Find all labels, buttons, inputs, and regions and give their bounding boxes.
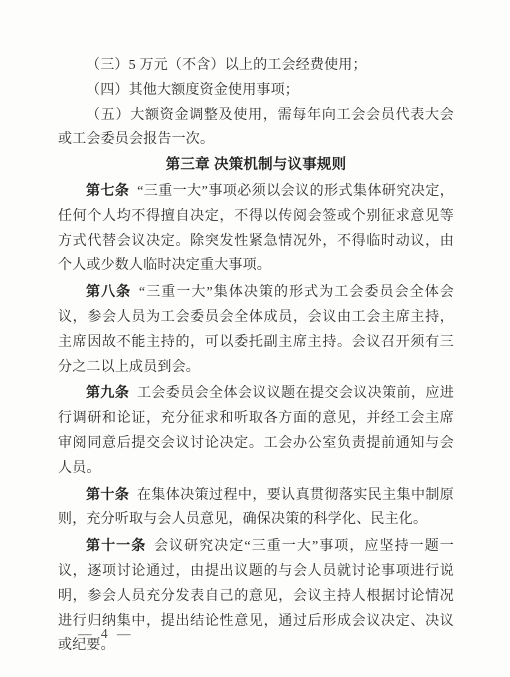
list-item-text: （四）其他大额度资金使用事项； (86, 83, 299, 98)
article-label: 第七条 (86, 182, 129, 198)
chapter-heading: 第三章 决策机制与议事规则 (58, 153, 454, 178)
page-number-footer: — 4 — (78, 626, 134, 642)
article-paragraph: 第十条在集体决策过程中，要认真贯彻落实民主集中制原则，充分听取与会人员意见，确保… (58, 482, 454, 534)
list-item-paragraph: （三）5 万元（不含）以上的工会经费使用； (58, 54, 454, 79)
article-label: 第八条 (86, 283, 131, 299)
article-label: 第九条 (86, 384, 129, 400)
article-paragraph: 第七条“三重一大”事项必须以会议的形式集体研究决定，任何个人均不得擅自决定，不得… (58, 178, 454, 279)
article-label: 第十一条 (86, 537, 146, 553)
list-item-text: （五）大额资金调整及使用，需每年向工会会员代表大会或工会委员会报告一次。 (58, 108, 454, 148)
list-item-paragraph: （五）大额资金调整及使用，需每年向工会会员代表大会或工会委员会报告一次。 (58, 104, 454, 154)
document-page: （三）5 万元（不含）以上的工会经费使用； （四）其他大额度资金使用事项； （五… (0, 0, 510, 677)
list-item-text: （三）5 万元（不含）以上的工会经费使用； (86, 58, 367, 73)
list-item-paragraph: （四）其他大额度资金使用事项； (58, 79, 454, 104)
article-label: 第十条 (86, 486, 129, 502)
page-content: （三）5 万元（不含）以上的工会经费使用； （四）其他大额度资金使用事项； （五… (58, 54, 454, 659)
article-paragraph: 第九条工会委员会全体会议议题在提交会议决策前，应进行调研和论证，充分征求和听取各… (58, 380, 454, 481)
article-paragraph: 第八条“三重一大”集体决策的形式为工会委员会全体会议，参会人员为工会委员会全体成… (58, 279, 454, 380)
